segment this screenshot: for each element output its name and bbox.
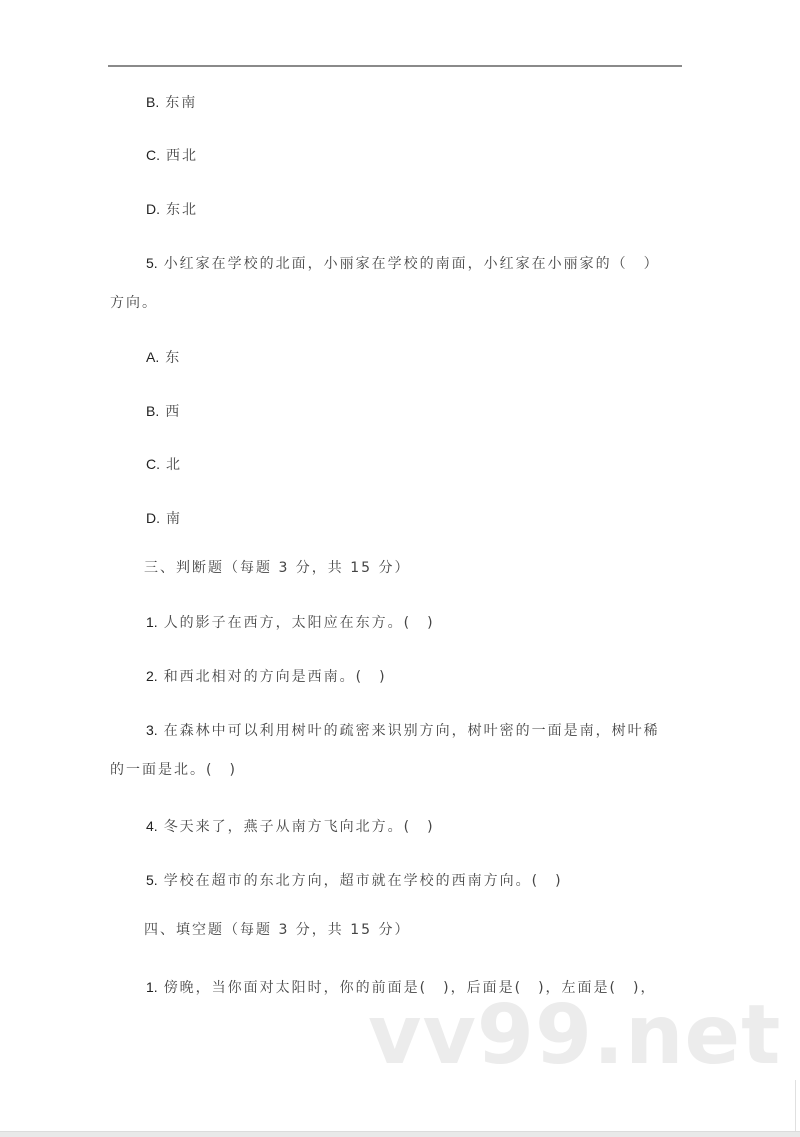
judge-item-3: 3.在森林中可以利用树叶的疏密来识别方向，树叶密的一面是南，树叶稀 — [146, 720, 660, 741]
section-3-title: 三、判断题（每题 3 分，共 15 分） — [144, 558, 411, 578]
watermark: vv99.net — [368, 995, 781, 1077]
option-d: D.东北 — [146, 199, 198, 220]
q5-option-c: C.北 — [146, 454, 182, 475]
judge-item-1: 1.人的影子在西方，太阳应在东方。( ) — [146, 612, 435, 633]
section-4-title: 四、填空题（每题 3 分，共 15 分） — [144, 920, 411, 940]
page-right-edge — [795, 1080, 796, 1132]
q5-option-d: D.南 — [146, 508, 182, 529]
header-rule — [108, 65, 682, 67]
question-5-line2: 方向。 — [110, 293, 158, 313]
option-c: C.西北 — [146, 145, 198, 166]
q5-option-b: B.西 — [146, 401, 181, 422]
option-b: B.东南 — [146, 92, 197, 113]
judge-item-4: 4.冬天来了，燕子从南方飞向北方。( ) — [146, 816, 435, 837]
question-5-line1: 5.小红家在学校的北面，小丽家在学校的南面，小红家在小丽家的（ ） — [146, 253, 660, 274]
q5-option-a: A.东 — [146, 347, 181, 368]
document-page: B.东南 C.西北 D.东北 5.小红家在学校的北面，小丽家在学校的南面，小红家… — [0, 0, 800, 1137]
judge-item-3-continuation: 的一面是北。( ) — [110, 760, 237, 780]
page-bottom-edge — [0, 1131, 800, 1137]
judge-item-2: 2.和西北相对的方向是西南。( ) — [146, 666, 387, 687]
judge-item-5: 5.学校在超市的东北方向，超市就在学校的西南方向。( ) — [146, 870, 563, 891]
